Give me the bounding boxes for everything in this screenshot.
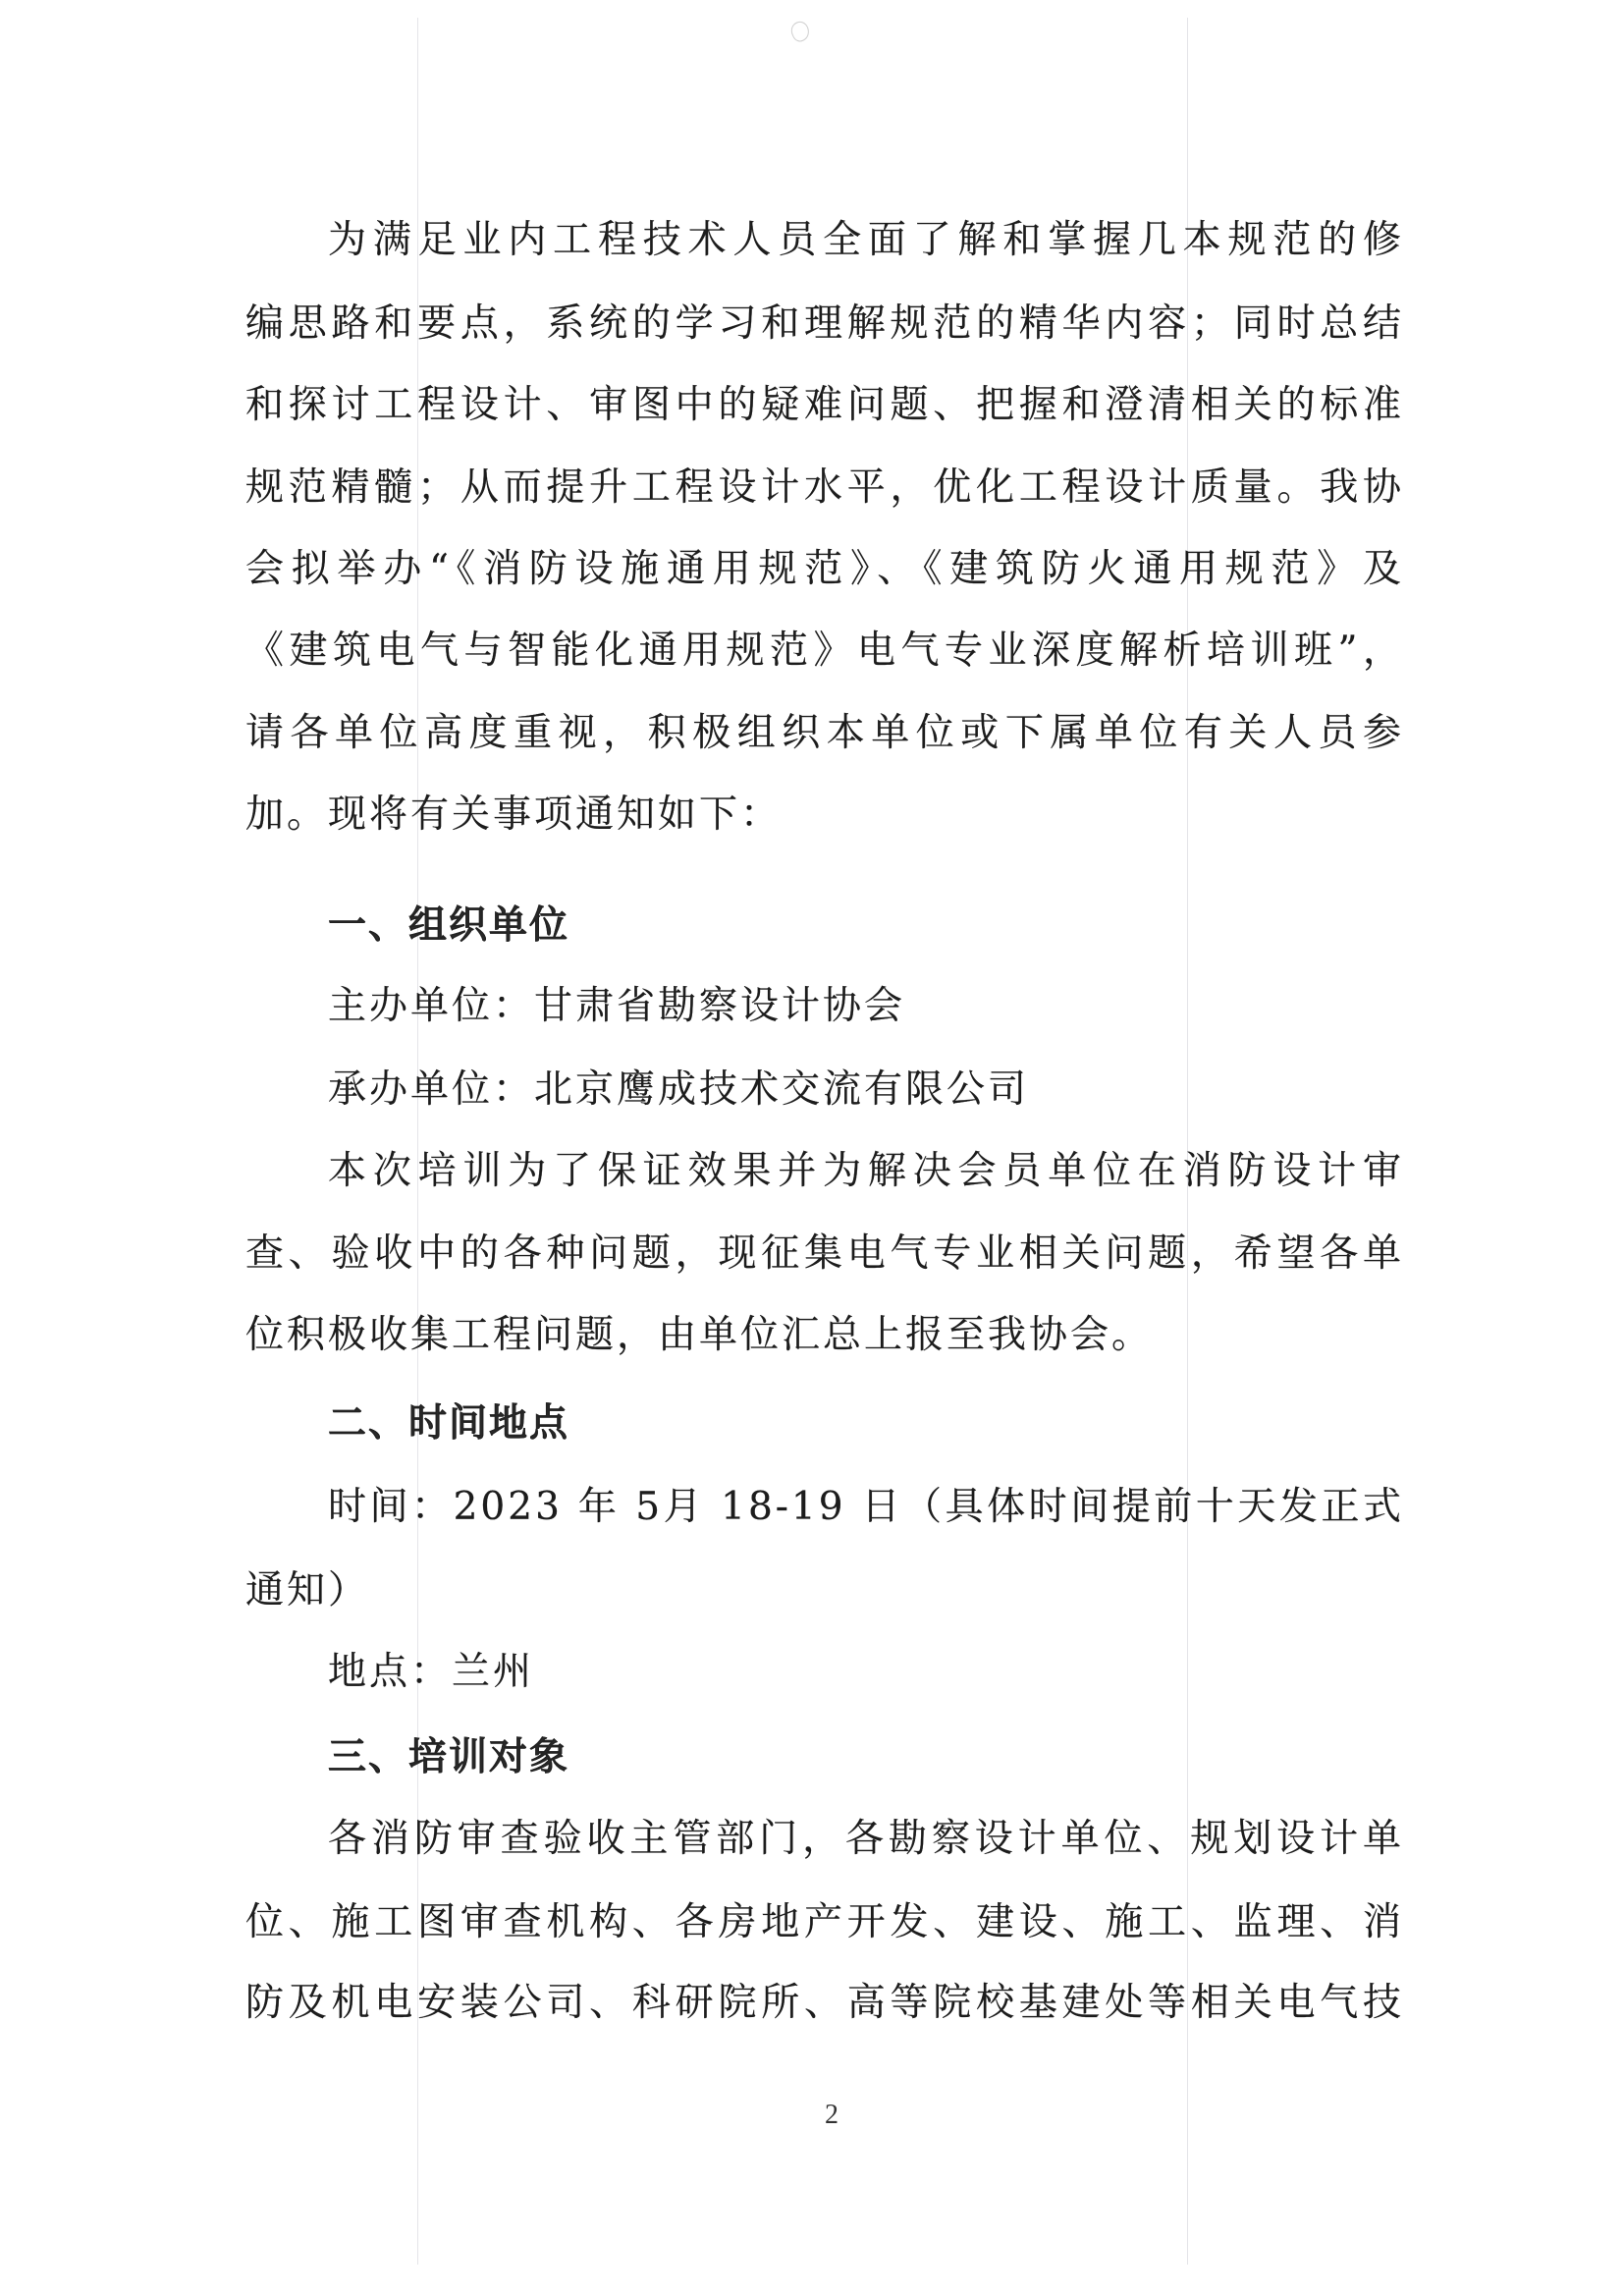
text-line: 位积极收集工程问题，由单位汇总上报至我协会。 <box>245 1311 1404 1360</box>
text-line: 规范精髓；从而提升工程设计水平，优化工程设计质量。我协 <box>245 464 1404 513</box>
text-line: 编思路和要点，系统的学习和理解规范的精华内容；同时总结 <box>245 300 1404 349</box>
text-line: 和探讨工程设计、审图中的疑难问题、把握和澄清相关的标准 <box>245 381 1404 430</box>
text-line: 各消防审查验收主管部门，各勘察设计单位、规划设计单 <box>328 1815 1404 1864</box>
text-line: 本次培训为了保证效果并为解决会员单位在消防设计审 <box>328 1147 1404 1196</box>
host-unit: 主办单位：甘肃省勘察设计协会 <box>328 982 1404 1031</box>
text-line: 会拟举办“《消防设施通用规范》、《建筑防火通用规范》及 <box>245 545 1404 594</box>
text-line: 为满足业内工程技术人员全面了解和掌握几本规范的修 <box>328 216 1404 265</box>
scan-artifact-mark <box>788 19 813 44</box>
text-line: 《建筑电气与智能化通用规范》电气专业深度解析培训班”， <box>245 627 1404 676</box>
text-line: 防及机电安装公司、科研院所、高等院校基建处等相关电气技 <box>245 1979 1404 2028</box>
section-heading: 一、组织单位 <box>328 902 1404 951</box>
text-line: 请各单位高度重视，积极组织本单位或下属单位有关人员参 <box>245 709 1404 758</box>
time-line: 通知） <box>245 1566 1404 1615</box>
time-line: 时间：2023 年 5月 18-19 日（具体时间提前十天发正式 <box>328 1483 1404 1532</box>
organizer-unit: 承办单位：北京鹰成技术交流有限公司 <box>328 1066 1404 1115</box>
text-line: 位、施工图审查机构、各房地产开发、建设、施工、监理、消 <box>245 1898 1404 1947</box>
page-number: 2 <box>815 2100 848 2131</box>
text-line: 加。现将有关事项通知如下： <box>245 791 1404 840</box>
section-heading: 三、培训对象 <box>328 1733 1404 1782</box>
text-line: 查、验收中的各种问题，现征集电气专业相关问题，希望各单 <box>245 1230 1404 1279</box>
location-line: 地点：兰州 <box>328 1648 1404 1697</box>
section-heading: 二、时间地点 <box>328 1399 1404 1449</box>
